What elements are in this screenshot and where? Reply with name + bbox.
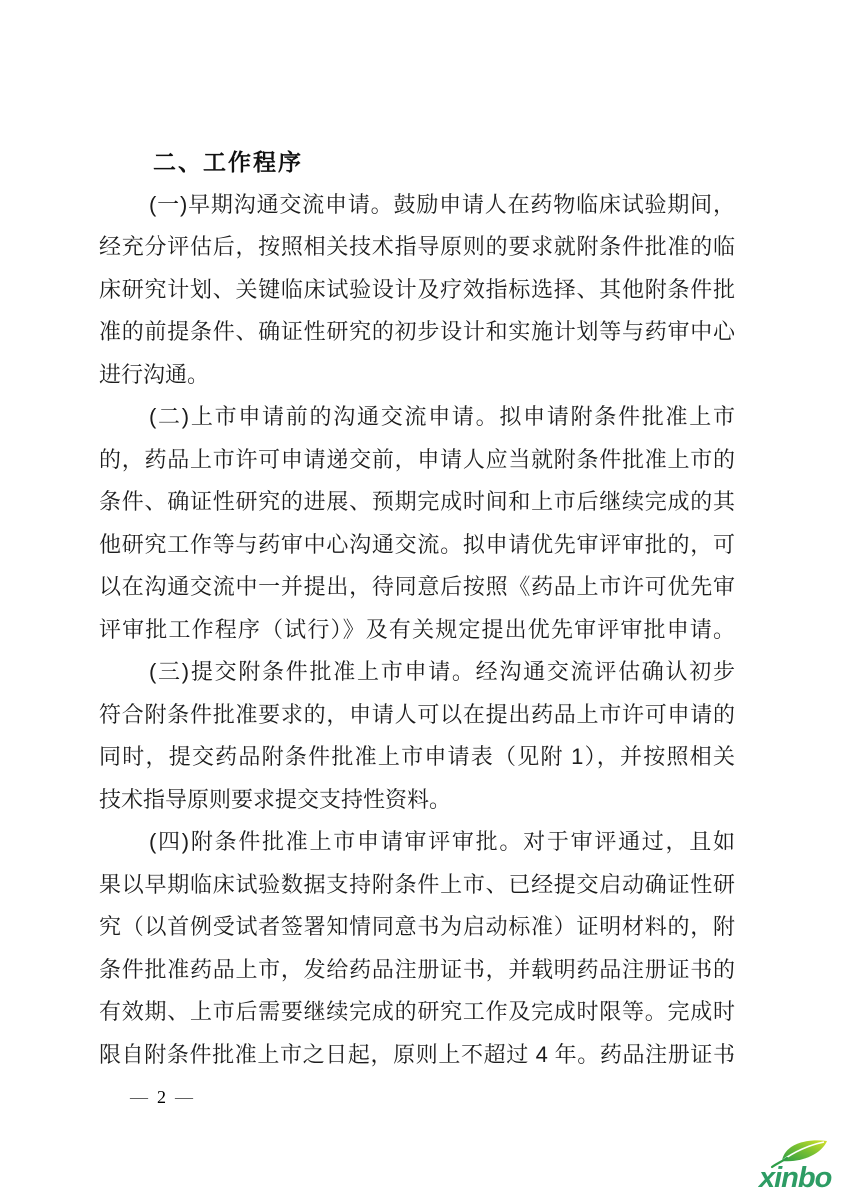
text-line: 同时，提交药品附条件批准上市申请表（见附 1），并按照相关 (99, 736, 735, 779)
text-line: 条件、确证性研究的进展、预期完成时间和上市后继续完成的其 (99, 481, 735, 524)
text-line: (三)提交附条件批准上市申请。经沟通交流评估确认初步 (99, 651, 735, 694)
page-number-dash-left: — (130, 1087, 148, 1107)
text-line: (一)早期沟通交流申请。鼓励申请人在药物临床试验期间， (99, 184, 735, 227)
text-line: 限自附条件批准上市之日起，原则上不超过 4 年。药品注册证书 (99, 1034, 735, 1077)
text-line: 床研究计划、关键临床试验设计及疗效指标选择、其他附条件批 (99, 269, 735, 312)
text-line: 条件批准药品上市，发给药品注册证书，并载明药品注册证书的 (99, 949, 735, 992)
text-line: 符合附条件批准要求的，申请人可以在提出药品上市许可申请的 (99, 694, 735, 737)
text-line: 进行沟通。 (99, 354, 735, 397)
page-number-dash-right: — (175, 1087, 193, 1107)
text-line: 他研究工作等与药审中心沟通交流。拟申请优先审评审批的，可 (99, 524, 735, 567)
text-line: 以在沟通交流中一并提出，待同意后按照《药品上市许可优先审 (99, 566, 735, 609)
page-number-value: 2 (148, 1087, 175, 1107)
text-line: 技术指导原则要求提交支持性资料。 (99, 779, 735, 822)
text-line: 有效期、上市后需要继续完成的研究工作及完成时限等。完成时 (99, 991, 735, 1034)
text-line: (四)附条件批准上市申请审评审批。对于审评通过，且如 (99, 821, 735, 864)
text-line: 准的前提条件、确证性研究的初步设计和实施计划等与药审中心 (99, 311, 735, 354)
document-body: 二、工作程序 (一)早期沟通交流申请。鼓励申请人在药物临床试验期间， 经充分评估… (99, 141, 735, 1076)
text-line: 果以早期临床试验数据支持附条件上市、已经提交启动确证性研 (99, 864, 735, 907)
text-line: 评审批工作程序（试行）》及有关规定提出优先审评审批申请。 (99, 609, 735, 652)
text-line: (二)上市申请前的沟通交流申请。拟申请附条件批准上市 (99, 396, 735, 439)
document-page: 二、工作程序 (一)早期沟通交流申请。鼓励申请人在药物临床试验期间， 经充分评估… (0, 0, 848, 1200)
text-line: 究（以首例受试者签署知情同意书为启动标准）证明材料的，附 (99, 906, 735, 949)
text-line: 经充分评估后，按照相关技术指导原则的要求就附条件批准的临 (99, 226, 735, 269)
xinbo-logo: xinbo (758, 1136, 848, 1194)
text-line: 的，药品上市许可申请递交前，申请人应当就附条件批准上市的 (99, 439, 735, 482)
logo-text: xinbo (758, 1162, 832, 1194)
page-number: —2— (130, 1086, 193, 1108)
section-heading: 二、工作程序 (99, 141, 735, 184)
